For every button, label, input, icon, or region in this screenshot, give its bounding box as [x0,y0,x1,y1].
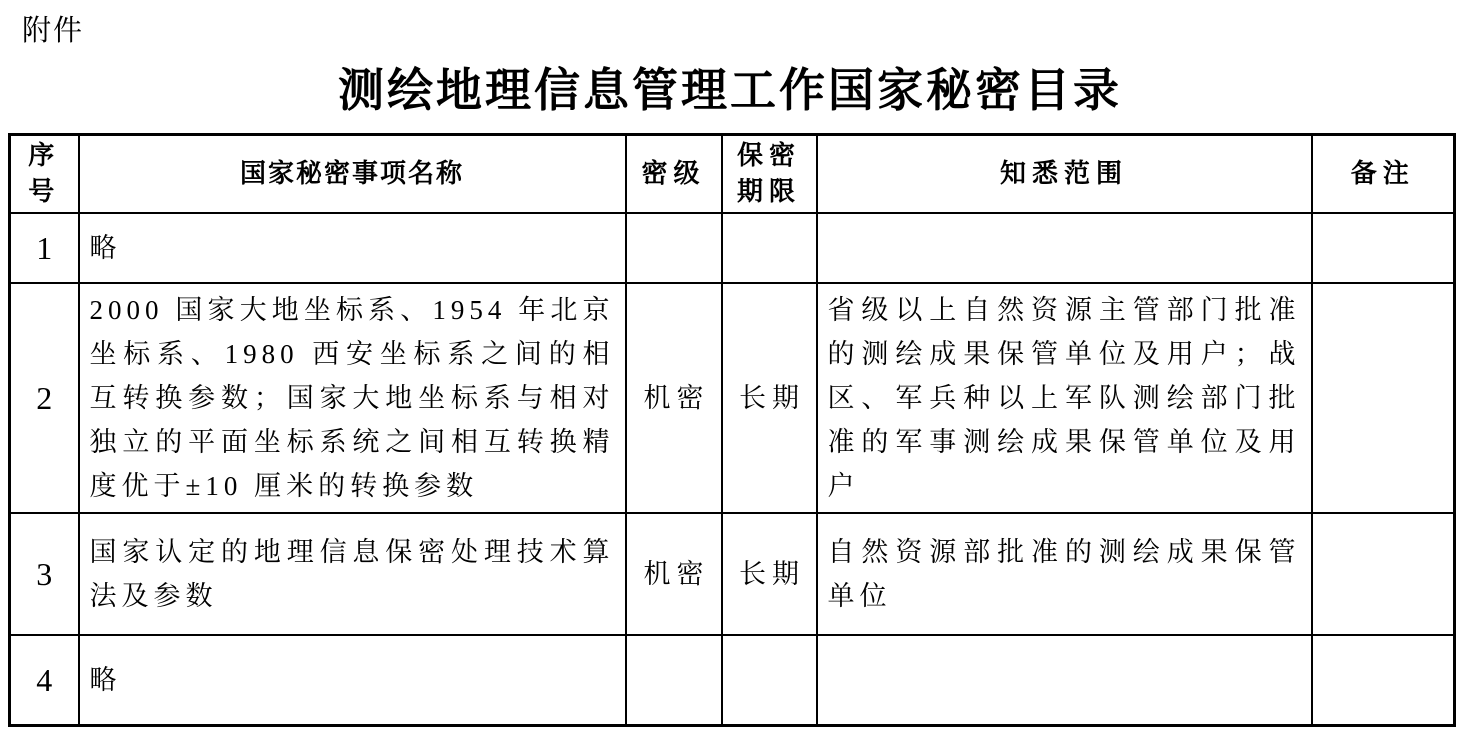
table-cell-name: 2000 国家大地坐标系、1954 年北京坐标系、1980 西安坐标系之间的相互… [79,283,626,513]
table-cell-no: 4 [10,635,79,726]
document-page: 附件 测绘地理信息管理工作国家秘密目录 序号 国家秘密事项名称 密级 保密期限 … [0,0,1460,733]
secrets-table: 序号 国家秘密事项名称 密级 保密期限 知悉范围 备注 1略22000 国家大地… [8,133,1456,727]
table-cell-name: 国家认定的地理信息保密处理技术算法及参数 [79,513,626,635]
column-header-level: 密级 [626,135,722,213]
table-cell-level: 机密 [626,513,722,635]
table-cell-remark [1312,213,1455,283]
column-header-scope: 知悉范围 [817,135,1312,213]
table-cell-name: 略 [79,635,626,726]
table-cell-scope [817,635,1312,726]
attachment-label: 附件 [22,8,84,49]
table-row: 3国家认定的地理信息保密处理技术算法及参数机密长期自然资源部批准的测绘成果保管单… [10,513,1455,635]
table-cell-period [722,635,817,726]
table-cell-remark [1312,635,1455,726]
table-cell-remark [1312,513,1455,635]
table-cell-scope: 省级以上自然资源主管部门批准的测绘成果保管单位及用户；战区、军兵种以上军队测绘部… [817,283,1312,513]
table-row: 22000 国家大地坐标系、1954 年北京坐标系、1980 西安坐标系之间的相… [10,283,1455,513]
table-row: 1略 [10,213,1455,283]
column-header-remark: 备注 [1312,135,1455,213]
table-header: 序号 国家秘密事项名称 密级 保密期限 知悉范围 备注 [10,135,1455,213]
table-body: 1略22000 国家大地坐标系、1954 年北京坐标系、1980 西安坐标系之间… [10,213,1455,726]
table-cell-remark [1312,283,1455,513]
table-header-row: 序号 国家秘密事项名称 密级 保密期限 知悉范围 备注 [10,135,1455,213]
table-cell-period [722,213,817,283]
table-cell-period: 长期 [722,283,817,513]
page-title: 测绘地理信息管理工作国家秘密目录 [0,54,1460,120]
table-cell-level [626,635,722,726]
table-cell-no: 3 [10,513,79,635]
table-cell-scope [817,213,1312,283]
table-cell-name: 略 [79,213,626,283]
table-cell-level [626,213,722,283]
table-cell-no: 2 [10,283,79,513]
table-cell-period: 长期 [722,513,817,635]
column-header-period: 保密期限 [722,135,817,213]
table-cell-no: 1 [10,213,79,283]
table-row: 4略 [10,635,1455,726]
table-cell-level: 机密 [626,283,722,513]
column-header-name: 国家秘密事项名称 [79,135,626,213]
table-cell-scope: 自然资源部批准的测绘成果保管单位 [817,513,1312,635]
column-header-no: 序号 [10,135,79,213]
